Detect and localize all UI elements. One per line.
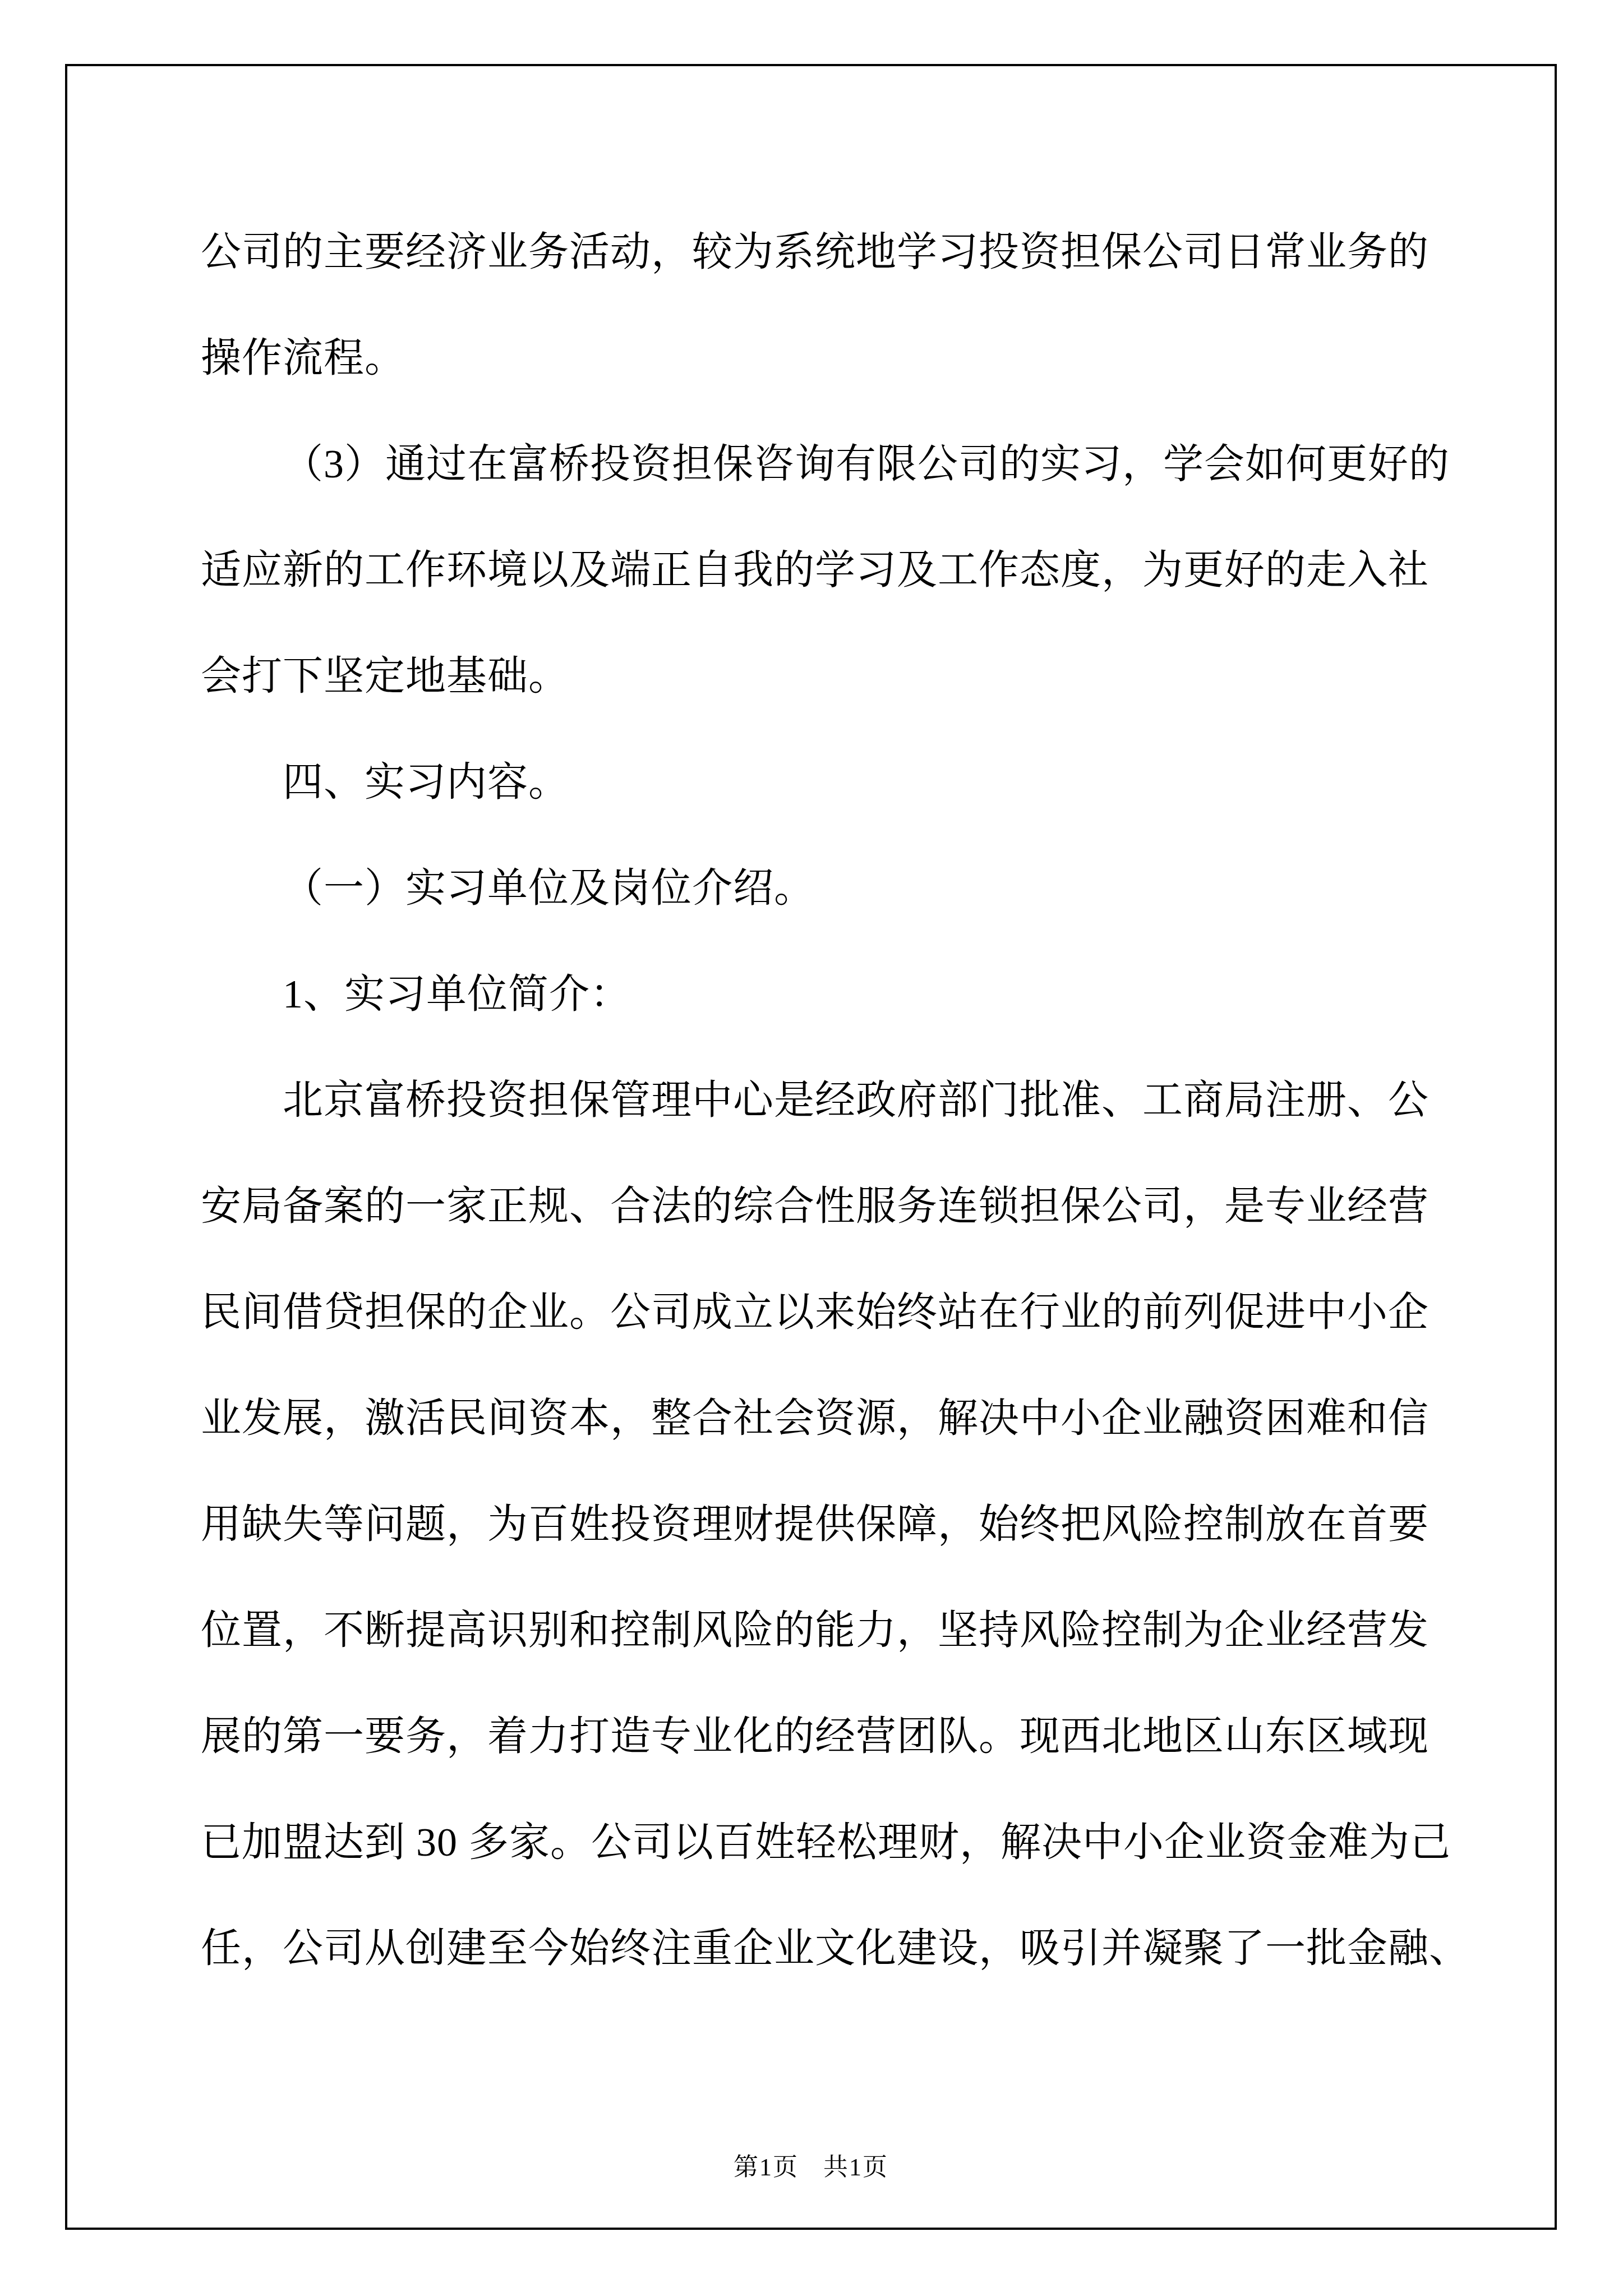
document-line: 公司的主要经济业务活动，较为系统地学习投资担保公司日常业务的 — [201, 199, 1507, 305]
page-border: 公司的主要经济业务活动，较为系统地学习投资担保公司日常业务的 操作流程。 （3）… — [65, 64, 1557, 2230]
document-line: 会打下坚定地基础。 — [201, 623, 1507, 729]
document-line: 四、实习内容。 — [201, 729, 1507, 835]
document-line: 用缺失等问题，为百姓投资理财提供保障，始终把风险控制放在首要 — [201, 1471, 1507, 1577]
document-line: 业发展，激活民间资本，整合社会资源，解决中小企业融资困难和信 — [201, 1365, 1507, 1471]
document-line: 展的第一要务，着力打造专业化的经营团队。现西北地区山东区域现 — [201, 1683, 1507, 1789]
document-line: （3）通过在富桥投资担保咨询有限公司的实习，学会如何更好的 — [201, 411, 1507, 517]
document-line: 1、实习单位简介： — [201, 941, 1507, 1047]
page-number: 第1页 — [734, 2154, 799, 2181]
page-footer: 第1页共1页 — [67, 2151, 1555, 2184]
document-line: 操作流程。 — [201, 305, 1507, 411]
document-body: 公司的主要经济业务活动，较为系统地学习投资担保公司日常业务的 操作流程。 （3）… — [201, 199, 1507, 2001]
document-line: 安局备案的一家正规、合法的综合性服务连锁担保公司，是专业经营 — [201, 1153, 1507, 1259]
document-page: 公司的主要经济业务活动，较为系统地学习投资担保公司日常业务的 操作流程。 （3）… — [0, 0, 1623, 2296]
document-line: 北京富桥投资担保管理中心是经政府部门批准、工商局注册、公 — [201, 1047, 1507, 1153]
document-line: 位置，不断提高识别和控制风险的能力，坚持风险控制为企业经营发 — [201, 1577, 1507, 1683]
document-line: 任，公司从创建至今始终注重企业文化建设，吸引并凝聚了一批金融、 — [201, 1895, 1507, 2001]
page-count: 共1页 — [823, 2154, 888, 2181]
document-line: 已加盟达到 30 多家。公司以百姓轻松理财，解决中小企业资金难为己 — [201, 1789, 1507, 1895]
document-line: 民间借贷担保的企业。公司成立以来始终站在行业的前列促进中小企 — [201, 1259, 1507, 1365]
document-line: 适应新的工作环境以及端正自我的学习及工作态度，为更好的走入社 — [201, 517, 1507, 623]
document-line: （一）实习单位及岗位介绍。 — [201, 835, 1507, 941]
